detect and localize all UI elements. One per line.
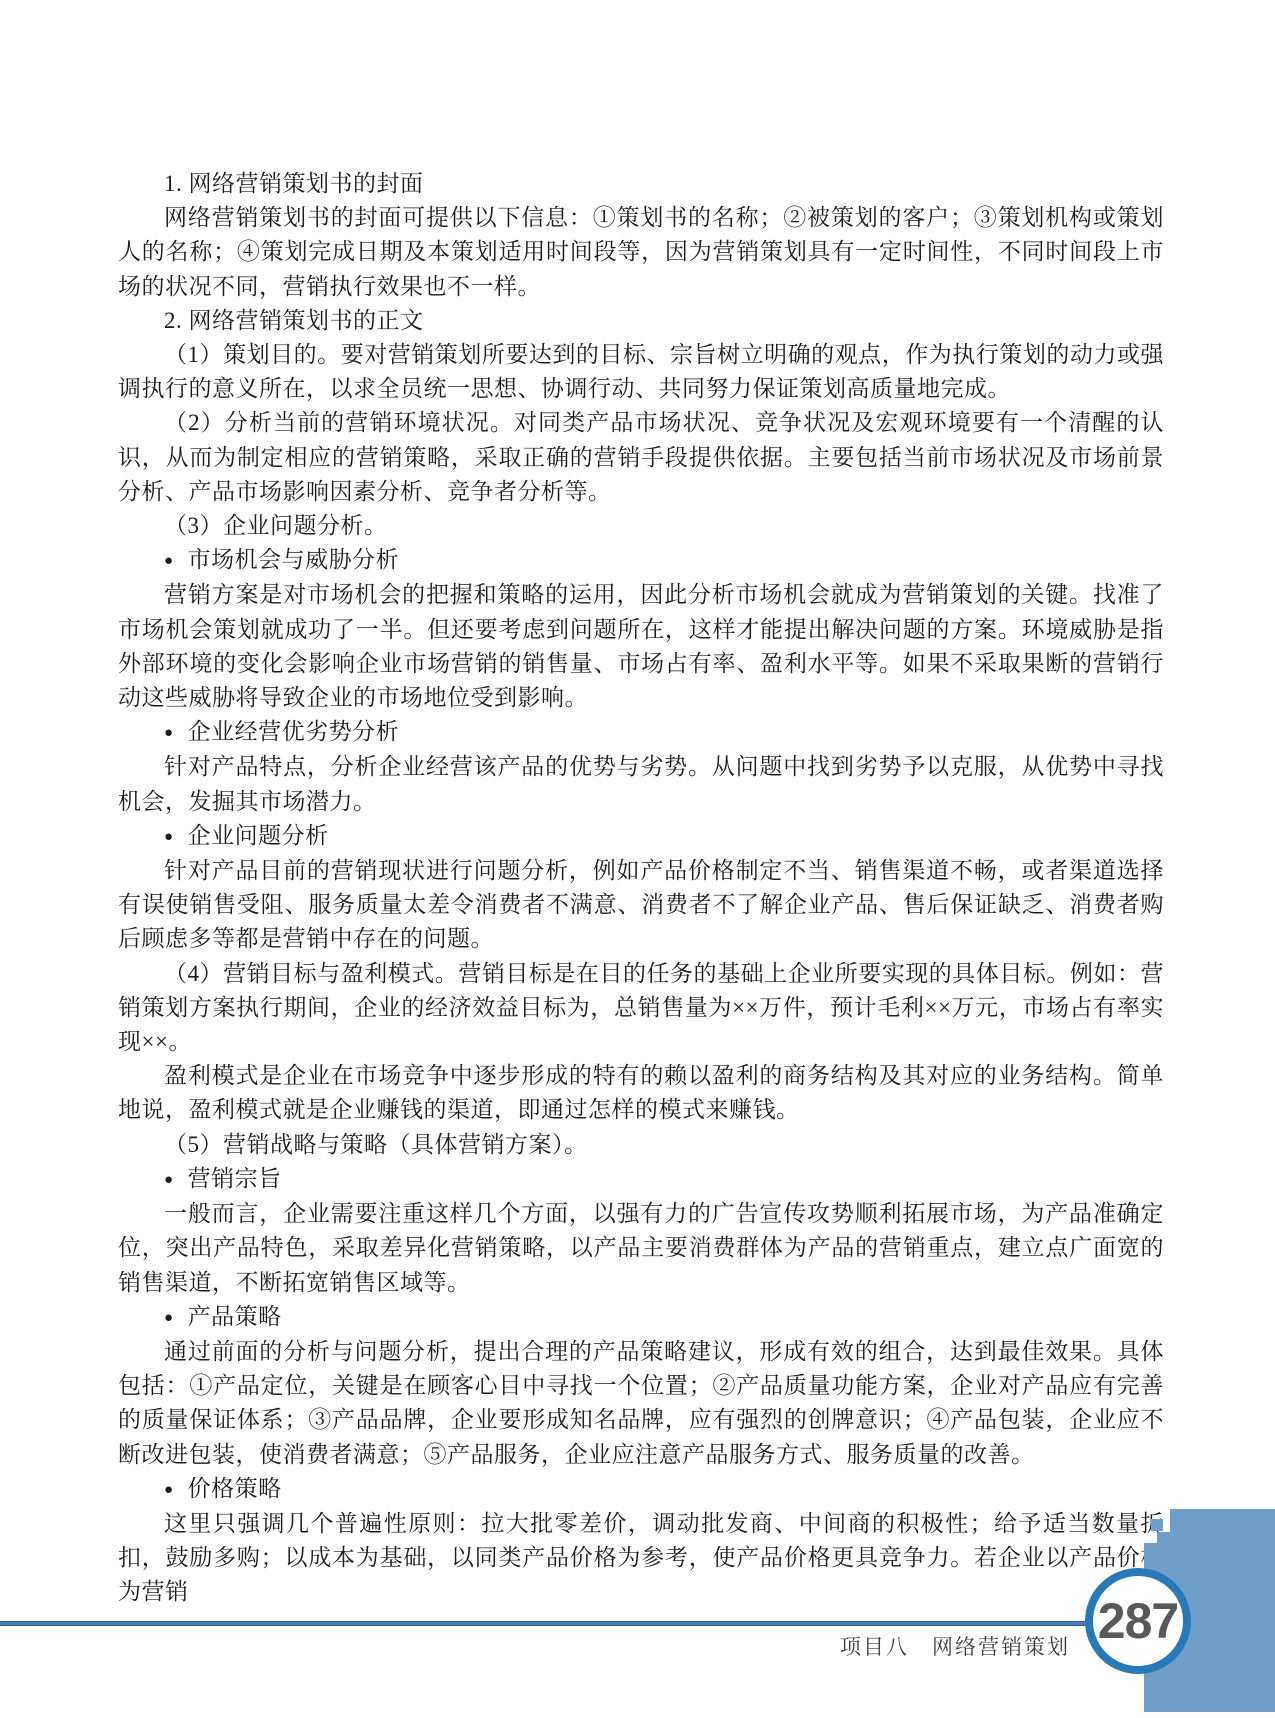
- bullet-item: ●产品策略: [118, 1300, 1164, 1335]
- corner-decoration-square: [1151, 1519, 1163, 1531]
- bullet-icon: ●: [164, 716, 174, 750]
- bullet-item: ●营销宗旨: [118, 1162, 1164, 1197]
- paragraph: 针对产品目前的营销现状进行问题分析，例如产品价格制定不当、销售渠道不畅，或者渠道…: [118, 854, 1164, 957]
- paragraph: 盈利模式是企业在市场竞争中逐步形成的特有的赖以盈利的商务结构及其对应的业务结构。…: [118, 1059, 1164, 1127]
- paragraph: 网络营销策划书的封面可提供以下信息：①策划书的名称；②被策划的客户；③策划机构或…: [118, 201, 1164, 304]
- bullet-label: 营销宗旨: [188, 1166, 282, 1191]
- paragraph: 通过前面的分析与问题分析，提出合理的产品策略建议，形成有效的组合，达到最佳效果。…: [118, 1335, 1164, 1472]
- bullet-icon: ●: [164, 1163, 174, 1197]
- footer-chapter-title: 项目八 网络营销策划: [600, 1631, 1070, 1661]
- paragraph: 营销方案是对市场机会的把握和策略的运用，因此分析市场机会就成为营销策划的关键。找…: [118, 578, 1164, 715]
- bullet-icon: ●: [164, 544, 174, 578]
- bullet-item: ●企业经营优劣势分析: [118, 715, 1164, 750]
- page-number-badge: 287: [1085, 1568, 1191, 1674]
- bullet-label: 产品策略: [188, 1304, 282, 1329]
- bullet-icon: ●: [164, 1473, 174, 1507]
- bullet-icon: ●: [164, 1301, 174, 1335]
- paragraph: （4）营销目标与盈利模式。营销目标是在目的任务的基础上企业所要实现的具体目标。例…: [118, 957, 1164, 1060]
- bullet-item: ●市场机会与威胁分析: [118, 543, 1164, 578]
- bullet-item: ●价格策略: [118, 1472, 1164, 1507]
- paragraph: （3）企业问题分析。: [118, 509, 1164, 543]
- section-heading: 2. 网络营销策划书的正文: [118, 304, 1164, 338]
- paragraph: 一般而言，企业需要注重这样几个方面，以强有力的广告宣传攻势顺利拓展市场，为产品准…: [118, 1197, 1164, 1300]
- section-heading: 1. 网络营销策划书的封面: [118, 167, 1164, 201]
- bullet-item: ●企业问题分析: [118, 819, 1164, 854]
- paragraph: 这里只强调几个普遍性原则：拉大批零差价，调动批发商、中间商的积极性；给予适当数量…: [118, 1507, 1164, 1610]
- bullet-label: 价格策略: [188, 1476, 282, 1501]
- paragraph: 针对产品特点，分析企业经营该产品的优势与劣势。从问题中找到劣势予以克服，从优势中…: [118, 750, 1164, 818]
- paragraph: （2）分析当前的营销环境状况。对同类产品市场状况、竞争状况及宏观环境要有一个清醒…: [118, 406, 1164, 509]
- bullet-label: 市场机会与威胁分析: [188, 547, 400, 572]
- paragraph: （5）营销战略与策略（具体营销方案）。: [118, 1128, 1164, 1162]
- bullet-label: 企业经营优劣势分析: [188, 719, 400, 744]
- paragraph: （1）策划目的。要对营销策划所要达到的目标、宗旨树立明确的观点，作为执行策划的动…: [118, 338, 1164, 406]
- page-number: 287: [1098, 1592, 1178, 1650]
- bullet-icon: ●: [164, 820, 174, 854]
- body-text: 1. 网络营销策划书的封面网络营销策划书的封面可提供以下信息：①策划书的名称；②…: [118, 167, 1164, 1610]
- footer-rule: [0, 1621, 1088, 1626]
- bullet-label: 企业问题分析: [188, 823, 329, 848]
